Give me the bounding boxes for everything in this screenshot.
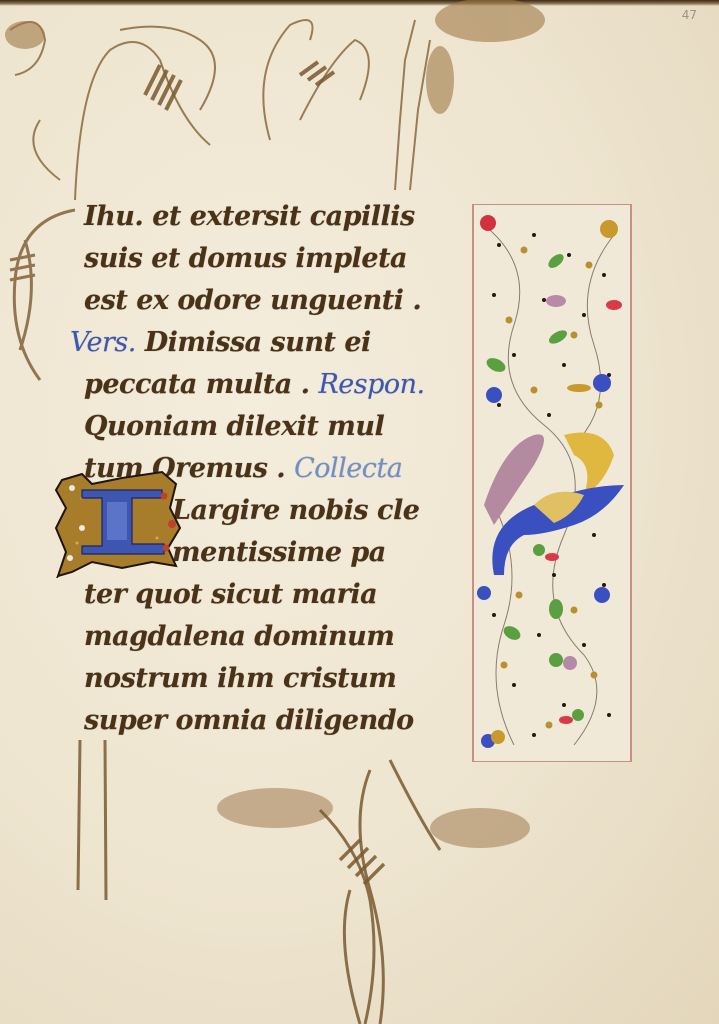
text-line: super omnia diligendo [84,700,469,742]
text-line: suis et domus impleta [84,238,469,280]
text-line-3: est ex odore unguenti . [84,285,421,316]
rubric-collecta: Collecta [294,453,402,484]
text-line: Vers. Dimissa sunt ei [70,322,469,364]
rubric-responsorium: Respon. [318,369,424,400]
text-line-11: magdalena dominum [84,621,394,652]
floral-vine-icon [474,205,630,761]
text-line: magdalena dominum [84,616,469,658]
text-line-10: ter quot sicut maria [84,579,377,610]
text-line: Ihu. et extersit capillis [84,196,469,238]
text-line-6: Quoniam dilexit mul [84,411,384,442]
text-line-1: Ihu. et extersit capillis [84,201,415,232]
text-line-13: super omnia diligendo [84,705,414,736]
text-line: nostrum ihm cristum [84,658,469,700]
top-cadel-flourish [0,0,560,210]
folio-number: 47 [682,8,697,22]
text-line-2: suis et domus impleta [84,243,407,274]
text-line-12: nostrum ihm cristum [84,663,396,694]
text-line: ter quot sicut maria [84,574,469,616]
bottom-cadel-flourish [60,740,540,1024]
text-line-5: peccata multa . [84,369,310,400]
illuminated-initial-icon [52,468,186,578]
manuscript-page: 47 Ihu. et extersit [0,0,719,1024]
text-line-8: Largire nobis cle [172,495,419,526]
left-margin-flourish [0,200,80,400]
text-line-9: mentissime pa [172,537,386,568]
rubric-versus: Vers. [70,327,136,358]
text-line: Quoniam dilexit mul [84,406,469,448]
text-line: peccata multa . Respon. [84,364,469,406]
text-line: est ex odore unguenti . [84,280,469,322]
text-line-4: Dimissa sunt ei [145,327,371,358]
floral-border-panel [472,204,632,762]
